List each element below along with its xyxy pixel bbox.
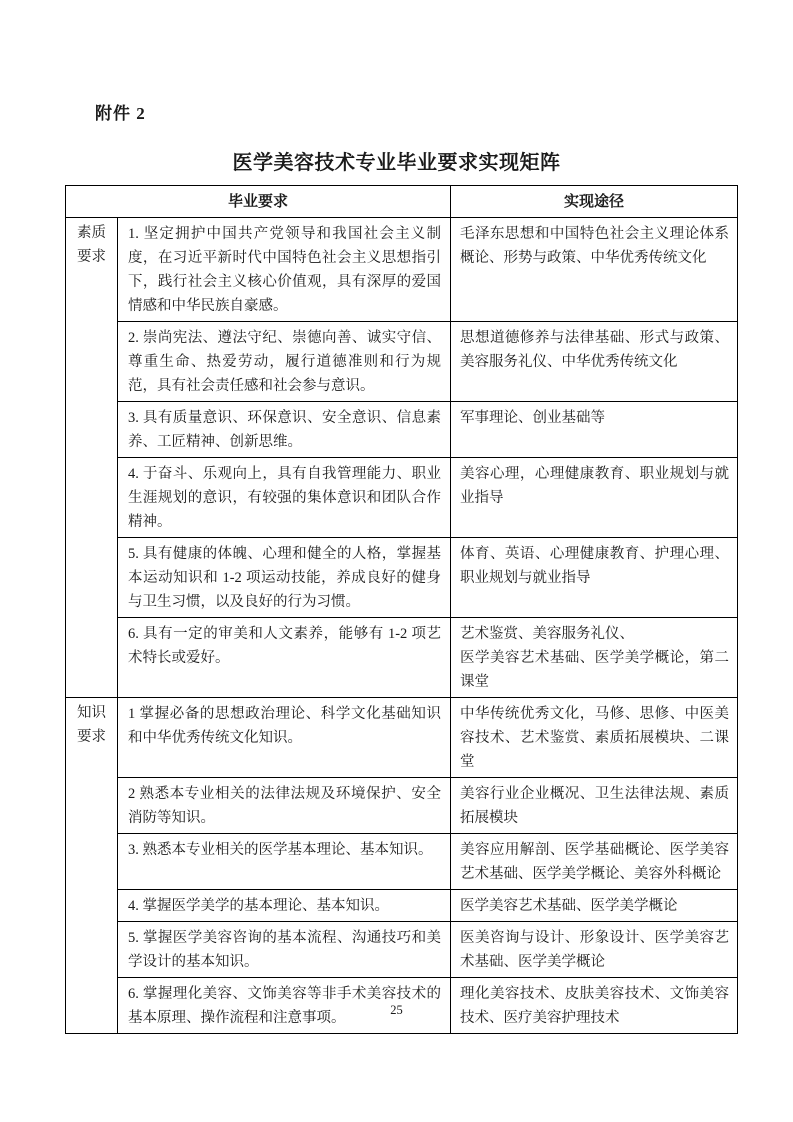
group-label: 素质要求 (66, 218, 118, 698)
path-cell: 中华传统优秀文化，马修、思修、中医美容技术、艺术鉴赏、素质拓展模块、二课堂 (451, 698, 738, 778)
requirement-cell: 6. 具有一定的审美和人文素养，能够有 1-2 项艺术特长或爱好。 (118, 618, 451, 698)
document-page: 附件 2 医学美容技术专业毕业要求实现矩阵 毕业要求 实现途径 素质要求1. 坚… (0, 0, 793, 1122)
requirement-cell: 5. 具有健康的体魄、心理和健全的人格，掌握基本运动知识和 1-2 项运动技能，… (118, 538, 451, 618)
path-cell: 医美咨询与设计、形象设计、医学美容艺术基础、医学美学概论 (451, 922, 738, 978)
matrix-row: 5. 具有健康的体魄、心理和健全的人格，掌握基本运动知识和 1-2 项运动技能，… (66, 538, 738, 618)
path-cell: 军事理论、创业基础等 (451, 402, 738, 458)
matrix-row: 3. 熟悉本专业相关的医学基本理论、基本知识。美容应用解剖、医学基础概论、医学美… (66, 834, 738, 890)
matrix-row: 5. 掌握医学美容咨询的基本流程、沟通技巧和美学设计的基本知识。医美咨询与设计、… (66, 922, 738, 978)
group-label: 知识要求 (66, 698, 118, 1034)
path-cell: 思想道德修养与法律基础、形式与政策、美容服务礼仪、中华优秀传统文化 (451, 322, 738, 402)
matrix-row: 4. 掌握医学美学的基本理论、基本知识。医学美容艺术基础、医学美学概论 (66, 890, 738, 922)
requirement-cell: 2 熟悉本专业相关的法律法规及环境保护、安全消防等知识。 (118, 778, 451, 834)
path-cell: 美容心理，心理健康教育、职业规划与就业指导 (451, 458, 738, 538)
matrix-row: 3. 具有质量意识、环保意识、安全意识、信息素养、工匠精神、创新思维。军事理论、… (66, 402, 738, 458)
column-header-implementation-path: 实现途径 (451, 186, 738, 218)
page-number: 25 (0, 1003, 793, 1018)
path-cell: 体育、英语、心理健康教育、护理心理、职业规划与就业指导 (451, 538, 738, 618)
requirement-cell: 1. 坚定拥护中国共产党领导和我国社会主义制度，在习近平新时代中国特色社会主义思… (118, 218, 451, 322)
path-cell: 艺术鉴赏、美容服务礼仪、 医学美容艺术基础、医学美学概论，第二课堂 (451, 618, 738, 698)
requirement-cell: 4. 于奋斗、乐观向上，具有自我管理能力、职业生涯规划的意识，有较强的集体意识和… (118, 458, 451, 538)
requirement-cell: 3. 熟悉本专业相关的医学基本理论、基本知识。 (118, 834, 451, 890)
path-cell: 美容行业企业概况、卫生法律法规、素质拓展模块 (451, 778, 738, 834)
header-row: 毕业要求 实现途径 (66, 186, 738, 218)
path-cell: 毛泽东思想和中国特色社会主义理论体系概论、形势与政策、中华优秀传统文化 (451, 218, 738, 322)
matrix-table-head: 毕业要求 实现途径 (66, 186, 738, 218)
matrix-row: 4. 于奋斗、乐观向上，具有自我管理能力、职业生涯规划的意识，有较强的集体意识和… (66, 458, 738, 538)
requirement-cell: 1 掌握必备的思想政治理论、科学文化基础知识和中华优秀传统文化知识。 (118, 698, 451, 778)
matrix-row: 6. 具有一定的审美和人文素养，能够有 1-2 项艺术特长或爱好。艺术鉴赏、美容… (66, 618, 738, 698)
column-header-graduation-requirements: 毕业要求 (66, 186, 451, 218)
matrix-table-body: 素质要求1. 坚定拥护中国共产党领导和我国社会主义制度，在习近平新时代中国特色社… (66, 218, 738, 1034)
attachment-label: 附件 2 (95, 99, 146, 124)
matrix-row: 素质要求1. 坚定拥护中国共产党领导和我国社会主义制度，在习近平新时代中国特色社… (66, 218, 738, 322)
requirement-cell: 2. 崇尚宪法、遵法守纪、崇德向善、诚实守信、尊重生命、热爱劳动，履行道德准则和… (118, 322, 451, 402)
requirement-cell: 5. 掌握医学美容咨询的基本流程、沟通技巧和美学设计的基本知识。 (118, 922, 451, 978)
path-cell: 医学美容艺术基础、医学美学概论 (451, 890, 738, 922)
path-cell: 美容应用解剖、医学基础概论、医学美容艺术基础、医学美学概论、美容外科概论 (451, 834, 738, 890)
page-title: 医学美容技术专业毕业要求实现矩阵 (0, 146, 793, 175)
requirements-matrix-table: 毕业要求 实现途径 素质要求1. 坚定拥护中国共产党领导和我国社会主义制度，在习… (65, 185, 738, 1034)
requirement-cell: 4. 掌握医学美学的基本理论、基本知识。 (118, 890, 451, 922)
matrix-row: 知识要求1 掌握必备的思想政治理论、科学文化基础知识和中华优秀传统文化知识。中华… (66, 698, 738, 778)
matrix-row: 2. 崇尚宪法、遵法守纪、崇德向善、诚实守信、尊重生命、热爱劳动，履行道德准则和… (66, 322, 738, 402)
requirement-cell: 3. 具有质量意识、环保意识、安全意识、信息素养、工匠精神、创新思维。 (118, 402, 451, 458)
matrix-row: 2 熟悉本专业相关的法律法规及环境保护、安全消防等知识。美容行业企业概况、卫生法… (66, 778, 738, 834)
